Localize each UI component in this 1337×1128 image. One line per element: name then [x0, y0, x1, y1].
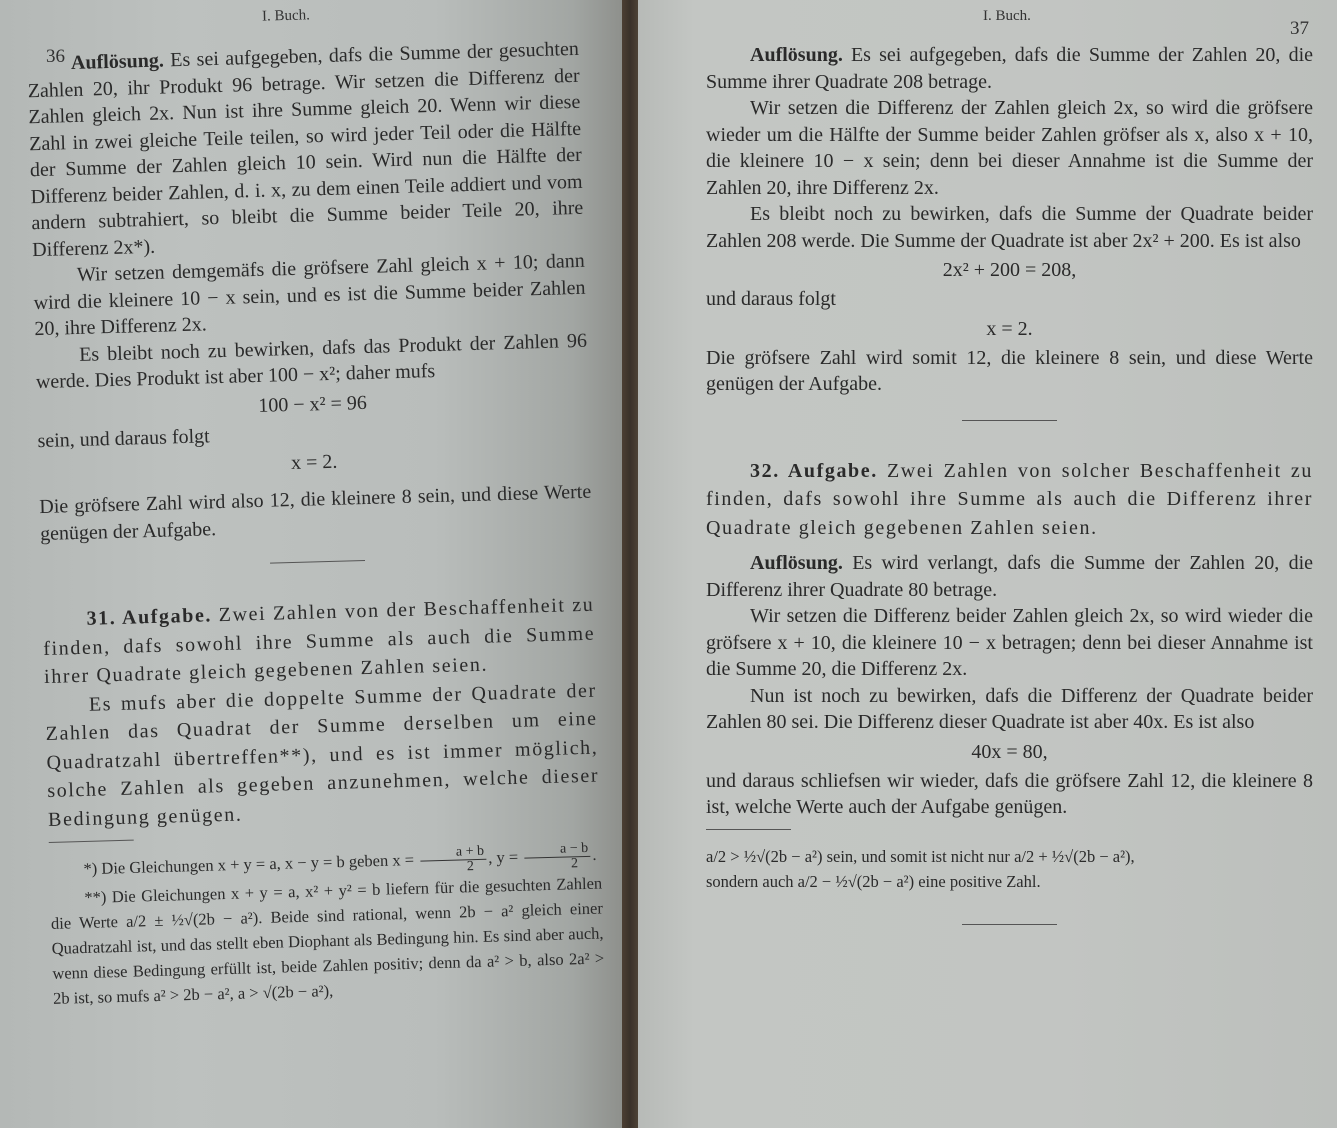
paragraph: und daraus folgt: [706, 286, 1313, 313]
solution-paragraph: Auflösung. Es wird verlangt, dafs die Su…: [706, 550, 1313, 603]
footnote-continuation: a/2 > ½√(2b − a²) sein, und somit ist ni…: [706, 844, 1313, 869]
running-head-right: I. Buch.: [983, 8, 1031, 25]
solution-label: Auflösung.: [71, 49, 164, 74]
solution-label: Auflösung.: [750, 44, 843, 66]
fraction: a − b2: [524, 842, 591, 873]
paragraph: Die gröfsere Zahl wird somit 12, die kle…: [706, 345, 1313, 398]
math-expression: a/2 ± ½√(2b − a²).: [126, 908, 263, 931]
problem-31: 31. Aufgabe. Zwei Zahlen von der Beschaf…: [42, 591, 596, 692]
section-divider: [270, 560, 365, 564]
equation: 2x² + 200 = 208,: [706, 256, 1313, 284]
paragraph: Nun ist noch zu bewirken, dafs die Diffe…: [706, 683, 1313, 736]
right-page-text: Auflösung. Es sei aufgegeben, dafs die S…: [638, 42, 1337, 961]
math-expression: a/2 > ½√(2b − a²): [706, 847, 822, 866]
paragraph: Es bleibt noch zu bewirken, dafs die Sum…: [706, 201, 1313, 254]
footnote-mark: *): [83, 859, 97, 878]
equation: 40x = 80,: [706, 738, 1313, 766]
footnote-divider: [706, 829, 791, 830]
section-divider: [962, 420, 1057, 421]
page-number-37: 37: [1290, 18, 1309, 40]
end-divider: [962, 924, 1057, 925]
problem-label: 31. Aufgabe.: [86, 604, 212, 629]
paragraph: Wir setzen demgemäfs die gröfsere Zahl g…: [33, 248, 587, 343]
solution-paragraph: Auflösung. Es sei aufgegeben, dafs die S…: [27, 36, 585, 263]
problem-label: 32. Aufgabe.: [750, 460, 878, 482]
footnote-continuation: sondern auch a/2 − ½√(2b − a²) eine posi…: [706, 869, 1313, 894]
book-gutter: [622, 0, 638, 1128]
footnote-text: , y =: [488, 847, 518, 867]
paragraph: und daraus schliefsen wir wieder, dafs d…: [706, 768, 1313, 821]
solution-label: Auflösung.: [750, 552, 843, 574]
problem-32: 32. Aufgabe. Zwei Zahlen von solcher Bes…: [706, 457, 1313, 543]
footnote-text: .: [592, 845, 597, 864]
footnote-2: **) Die Gleichungen x + y = a, x² + y² =…: [50, 871, 605, 1011]
paragraph: Es mufs aber die doppelte Summe der Quad…: [45, 676, 601, 834]
equation: x = 2.: [706, 315, 1313, 343]
solution-paragraph: Auflösung. Es sei aufgegeben, dafs die S…: [706, 42, 1313, 95]
right-page-37: I. Buch. 37 Auflösung. Es sei aufgegeben…: [638, 0, 1337, 1128]
paragraph: Wir setzen die Differenz beider Zahlen g…: [706, 603, 1313, 683]
fraction: a + b2: [420, 845, 487, 876]
math-expression: a/2 − ½√(2b − a²): [798, 872, 914, 891]
footnote-text: sondern auch: [706, 872, 794, 891]
left-page-36: I. Buch. 36 Auflösung. Es sei aufgegeben…: [0, 0, 622, 1128]
left-page-text: Auflösung. Es sei aufgegeben, dafs die S…: [0, 11, 622, 1012]
footnote-mark: **): [84, 887, 107, 907]
footnote-divider: [49, 840, 134, 843]
footnote-text: eine positive Zahl.: [918, 872, 1040, 891]
paragraph: Wir setzen die Differenz der Zahlen glei…: [706, 95, 1313, 201]
footnote-text: sein, und somit ist nicht nur: [827, 847, 1010, 866]
footnote-text: Die Gleichungen x + y = a, x − y = b geb…: [101, 850, 414, 878]
math-expression: a/2 + ½√(2b − a²),: [1014, 847, 1135, 866]
